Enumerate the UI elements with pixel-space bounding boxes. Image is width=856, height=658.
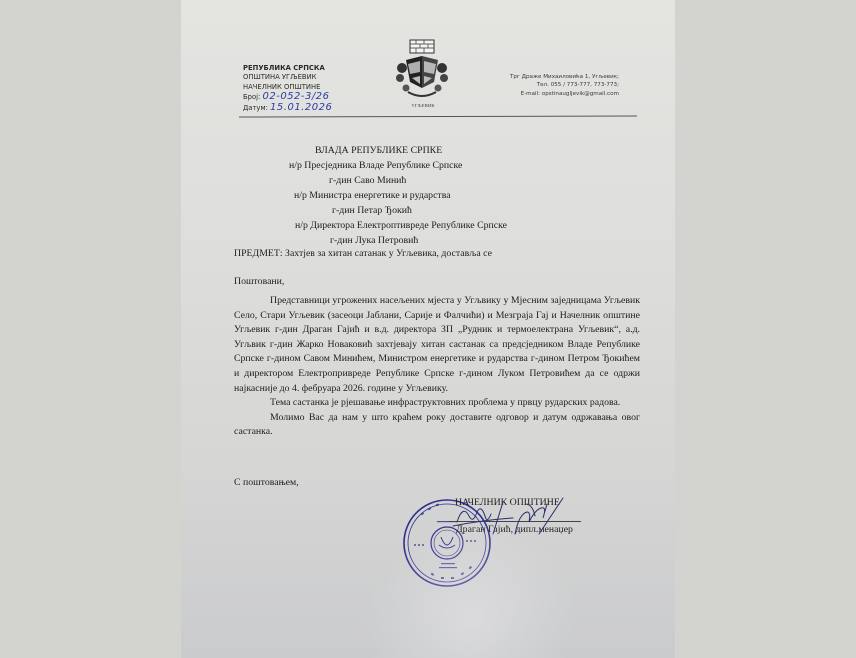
letterhead-right: Трг Драже Михаиловића 1, Угљевик; Тел. 0… [510,73,619,98]
closing: С поштовањем, [234,477,299,488]
contact-address: Трг Драже Михаиловића 1, Угљевик; [510,73,619,81]
date-label: Датум: [243,104,268,112]
letterhead-left: РЕПУБЛИКА СРПСКА ОПШТИНА УГЉЕВИК НАЧЕЛНИ… [243,64,332,113]
addressee-line: г-дин Лука Петровић [330,235,418,246]
subject-line: ПРЕДМЕТ: Захтјев за хитан сатанак у Угље… [234,248,492,259]
addressee-org: ВЛАДА РЕПУБЛИКЕ СРПКЕ [315,145,442,156]
letter-page: РЕПУБЛИКА СРПСКА ОПШТИНА УГЉЕВИК НАЧЕЛНИ… [181,0,675,658]
reference-number-label: Број: [243,93,260,101]
addressee-line: г-дин Петар Ђокић [332,205,412,216]
reference-number: 02-052-3/26 [263,91,330,102]
body-paragraph: Молимо Вас да нам у што краћем року дост… [234,411,640,440]
letter-body: Представници угрожених насељених мјеста … [234,294,640,440]
body-paragraph: Представници угрожених насељених мјеста … [234,294,640,396]
date-value: 15.01.2026 [270,102,332,113]
addressee-line: н/р Пресједника Владе Републике Српске [289,160,462,171]
body-paragraph: Тема састанка је рјешавање инфраструктов… [234,396,640,411]
contact-phone: Тел. 055 / 773-777, 773-773; [510,81,619,89]
crest-caption: УГЉЕВИК [401,103,445,108]
addressee-line: н/р Министра енергетике и рударства [294,190,451,201]
coat-of-arms-icon [394,38,450,108]
addressee-line: г-дин Саво Минић [329,175,406,186]
org-municipality: ОПШТИНА УГЉЕВИК [243,73,332,82]
salutation: Поштовани, [234,276,284,287]
org-republic: РЕПУБЛИКА СРПСКА [243,64,332,73]
contact-email: E-mail: opstinaugljevik@gmail.com [510,90,619,98]
addressee-line: н/р Директора Електроптивреде Републике … [295,220,507,231]
header-divider [239,115,637,117]
handwritten-signature-icon [443,494,573,554]
